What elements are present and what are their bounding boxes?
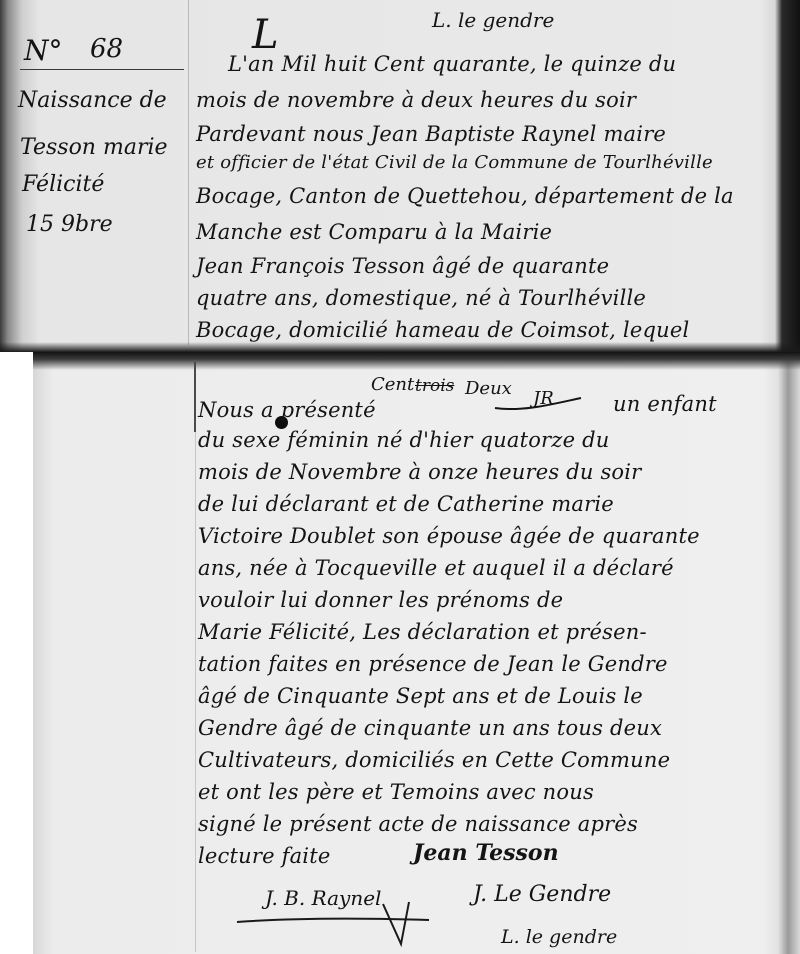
body-line: un enfant [613,392,717,416]
signature-father: Jean Tesson [413,840,559,866]
body-line: et officier de l'état Civil de la Commun… [196,152,713,173]
entry-number: 68 [90,34,123,64]
body-line: Gendre âgé de cinquante un ans tous deux [198,716,662,740]
interlinear-insertion: Cent [371,374,414,395]
body-line: et ont les père et Temoins avec nous [198,780,594,804]
entry-number-underline [20,69,184,70]
body-line: vouloir lui donner les prénoms de [198,588,563,612]
body-line: mois de novembre à deux heures du soir [196,88,636,112]
margin-date: 15 9bre [26,212,113,237]
body-line: Nous a présenté [198,398,376,422]
body-line: Victoire Doublet son épouse âgée de quar… [198,524,700,548]
body-line: Marie Félicité, Les déclaration et prése… [198,620,647,644]
margin-rule [188,0,189,345]
mayor-paraph [233,900,433,950]
body-line: ans, née à Tocqueville et auquel il a dé… [198,556,674,580]
body-line: mois de Novembre à onze heures du soir [198,460,641,484]
margin-title-line1: Naissance de [18,88,167,113]
register-page-upper-fragment: N° 68 Naissance de Tesson marie Félicité… [0,0,800,352]
signature-witness2: L. le gendre [501,926,617,948]
entry-number-label: N° [24,34,63,67]
body-line: lecture faite [198,844,331,868]
body-line: du sexe féminin né d'hier quatorze du [198,428,609,452]
body-line: Pardevant nous Jean Baptiste Raynel mair… [196,122,666,146]
body-line: Cultivateurs, domiciliés en Cette Commun… [198,748,670,772]
margin-rule [195,432,196,952]
body-line: signé le présent acte de naissance après [198,812,638,836]
register-page-lower-fragment: Cent trois Deux JR Nous a présenté un en… [33,352,800,954]
margin-title-line3: Félicité [22,172,104,197]
margin-rule [194,362,196,432]
top-signature: L. le gendre [432,8,554,32]
body-line: quatre ans, domestique, né à Tourlhévill… [196,286,646,310]
margin-title-line2: Tesson marie [20,135,168,160]
body-line: Bocage, Canton de Quettehou, département… [196,184,734,208]
body-line: Bocage, domicilié hameau de Coimsot, leq… [196,318,689,342]
initials-flourish [493,394,583,414]
body-line: de lui déclarant et de Catherine marie [198,492,614,516]
body-line: Manche est Comparu à la Mairie [196,220,552,244]
body-line: L'an Mil huit Cent quarante, le quinze d… [228,52,676,76]
body-line: âgé de Cinquante Sept ans et de Louis le [198,684,643,708]
body-line: tation faites en présence de Jean le Gen… [198,652,668,676]
body-line: Jean François Tesson âgé de quarante [196,254,609,278]
signature-witness1: J. Le Gendre [473,882,611,907]
struck-word: trois [415,376,454,396]
